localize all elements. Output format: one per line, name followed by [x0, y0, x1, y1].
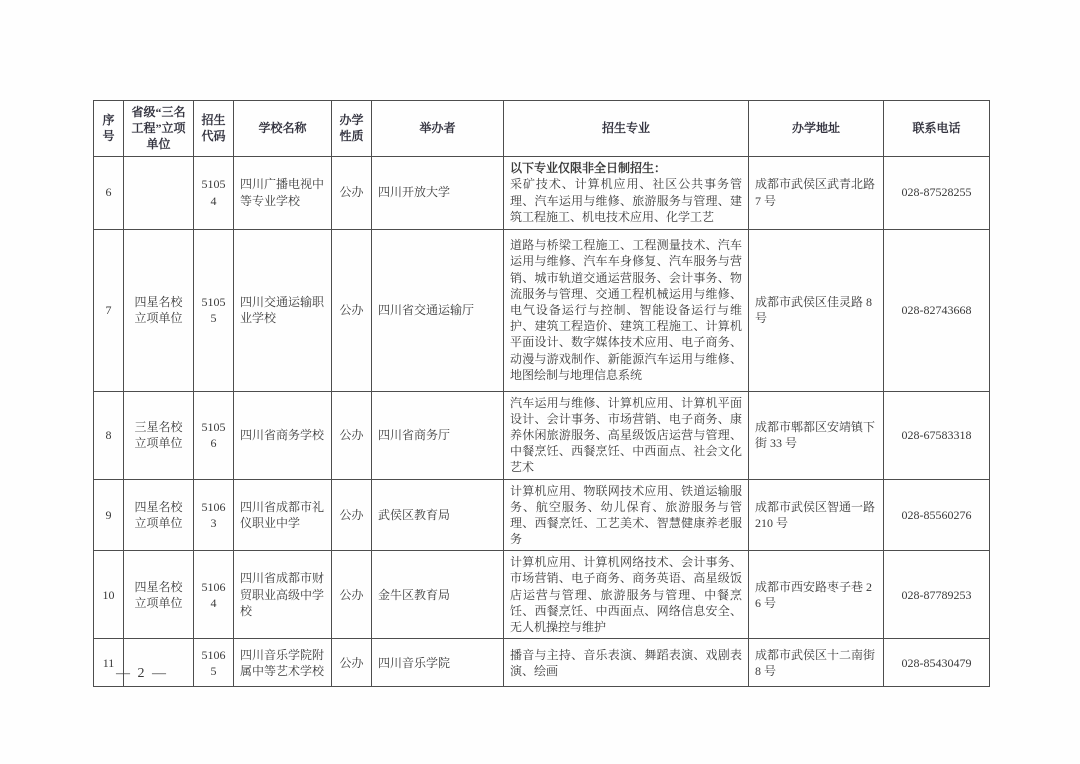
- cell-project-unit: 四星名校立项单位: [124, 551, 194, 639]
- cell-type: 公办: [332, 156, 372, 229]
- cell-project-unit: 四星名校立项单位: [124, 479, 194, 551]
- cell-organizer: 金牛区教育局: [372, 551, 504, 639]
- majors-text: 计算机应用、计算机网络技术、会计事务、市场营销、电子商务、商务英语、高星级饭店运…: [510, 555, 742, 634]
- cell-organizer: 四川省交通运输厅: [372, 229, 504, 391]
- cell-school: 四川省商务学校: [234, 391, 332, 479]
- cell-phone: 028-85560276: [884, 479, 990, 551]
- document-page: 序号 省级“三名工程”立项单位 招生代码 学校名称 办学性质 举办者 招生专业 …: [0, 0, 1080, 764]
- cell-phone: 028-85430479: [884, 639, 990, 687]
- cell-phone: 028-82743668: [884, 229, 990, 391]
- majors-text: 播音与主持、音乐表演、舞蹈表演、戏剧表演、绘画: [510, 648, 742, 678]
- cell-phone: 028-87789253: [884, 551, 990, 639]
- column-header-organizer: 举办者: [372, 101, 504, 157]
- table-row: 9 四星名校立项单位 51063 四川省成都市礼仪职业中学 公办 武侯区教育局 …: [94, 479, 990, 551]
- cell-seq: 8: [94, 391, 124, 479]
- cell-type: 公办: [332, 391, 372, 479]
- cell-address: 成都市西安路枣子巷 26 号: [749, 551, 884, 639]
- cell-type: 公办: [332, 639, 372, 687]
- cell-project-unit: [124, 156, 194, 229]
- cell-project-unit: 四星名校立项单位: [124, 229, 194, 391]
- cell-code: 51054: [194, 156, 234, 229]
- column-header-seq: 序号: [94, 101, 124, 157]
- cell-type: 公办: [332, 551, 372, 639]
- cell-school: 四川广播电视中等专业学校: [234, 156, 332, 229]
- cell-majors: 计算机应用、计算机网络技术、会计事务、市场营销、电子商务、商务英语、高星级饭店运…: [504, 551, 749, 639]
- cell-majors: 以下专业仅限非全日制招生： 采矿技术、计算机应用、社区公共事务管理、汽车运用与维…: [504, 156, 749, 229]
- cell-address: 成都市武侯区佳灵路 8 号: [749, 229, 884, 391]
- cell-phone: 028-67583318: [884, 391, 990, 479]
- cell-code: 51065: [194, 639, 234, 687]
- column-header-majors: 招生专业: [504, 101, 749, 157]
- school-enrollment-table: 序号 省级“三名工程”立项单位 招生代码 学校名称 办学性质 举办者 招生专业 …: [93, 100, 990, 687]
- cell-majors: 播音与主持、音乐表演、舞蹈表演、戏剧表演、绘画: [504, 639, 749, 687]
- cell-code: 51056: [194, 391, 234, 479]
- cell-code: 51064: [194, 551, 234, 639]
- page-number: — 2 —: [116, 666, 168, 682]
- column-header-type: 办学性质: [332, 101, 372, 157]
- table-row: 11 51065 四川音乐学院附属中等艺术学校 公办 四川音乐学院 播音与主持、…: [94, 639, 990, 687]
- cell-organizer: 四川开放大学: [372, 156, 504, 229]
- cell-code: 51055: [194, 229, 234, 391]
- majors-text: 采矿技术、计算机应用、社区公共事务管理、汽车运用与维修、旅游服务与管理、建筑工程…: [510, 177, 742, 223]
- header-row: 序号 省级“三名工程”立项单位 招生代码 学校名称 办学性质 举办者 招生专业 …: [94, 101, 990, 157]
- column-header-code: 招生代码: [194, 101, 234, 157]
- cell-type: 公办: [332, 479, 372, 551]
- majors-text: 汽车运用与维修、计算机应用、计算机平面设计、会计事务、市场营销、电子商务、康养休…: [510, 396, 742, 475]
- cell-seq: 6: [94, 156, 124, 229]
- cell-organizer: 武侯区教育局: [372, 479, 504, 551]
- cell-majors: 汽车运用与维修、计算机应用、计算机平面设计、会计事务、市场营销、电子商务、康养休…: [504, 391, 749, 479]
- table-row: 10 四星名校立项单位 51064 四川省成都市财贸职业高级中学校 公办 金牛区…: [94, 551, 990, 639]
- cell-school: 四川音乐学院附属中等艺术学校: [234, 639, 332, 687]
- majors-text: 计算机应用、物联网技术应用、铁道运输服务、航空服务、幼儿保育、旅游服务与管理、西…: [510, 484, 742, 547]
- cell-majors: 计算机应用、物联网技术应用、铁道运输服务、航空服务、幼儿保育、旅游服务与管理、西…: [504, 479, 749, 551]
- column-header-project-unit: 省级“三名工程”立项单位: [124, 101, 194, 157]
- cell-seq: 9: [94, 479, 124, 551]
- cell-majors: 道路与桥梁工程施工、工程测量技术、汽车运用与维修、汽车车身修复、汽车服务与营销、…: [504, 229, 749, 391]
- cell-address: 成都市武侯区十二南街 8 号: [749, 639, 884, 687]
- cell-project-unit: 三星名校立项单位: [124, 391, 194, 479]
- cell-type: 公办: [332, 229, 372, 391]
- table-row: 7 四星名校立项单位 51055 四川交通运输职业学校 公办 四川省交通运输厅 …: [94, 229, 990, 391]
- majors-note: 以下专业仅限非全日制招生：: [510, 160, 742, 176]
- table-row: 6 51054 四川广播电视中等专业学校 公办 四川开放大学 以下专业仅限非全日…: [94, 156, 990, 229]
- cell-phone: 028-87528255: [884, 156, 990, 229]
- column-header-school: 学校名称: [234, 101, 332, 157]
- table-row: 8 三星名校立项单位 51056 四川省商务学校 公办 四川省商务厅 汽车运用与…: [94, 391, 990, 479]
- cell-address: 成都市武侯区智通一路 210 号: [749, 479, 884, 551]
- cell-school: 四川交通运输职业学校: [234, 229, 332, 391]
- cell-organizer: 四川省商务厅: [372, 391, 504, 479]
- column-header-phone: 联系电话: [884, 101, 990, 157]
- cell-code: 51063: [194, 479, 234, 551]
- cell-school: 四川省成都市礼仪职业中学: [234, 479, 332, 551]
- cell-school: 四川省成都市财贸职业高级中学校: [234, 551, 332, 639]
- majors-text: 道路与桥梁工程施工、工程测量技术、汽车运用与维修、汽车车身修复、汽车服务与营销、…: [510, 238, 742, 382]
- cell-seq: 7: [94, 229, 124, 391]
- cell-address: 成都市武侯区武青北路 7 号: [749, 156, 884, 229]
- cell-organizer: 四川音乐学院: [372, 639, 504, 687]
- column-header-address: 办学地址: [749, 101, 884, 157]
- cell-seq: 10: [94, 551, 124, 639]
- cell-address: 成都市郫都区安靖镇下街 33 号: [749, 391, 884, 479]
